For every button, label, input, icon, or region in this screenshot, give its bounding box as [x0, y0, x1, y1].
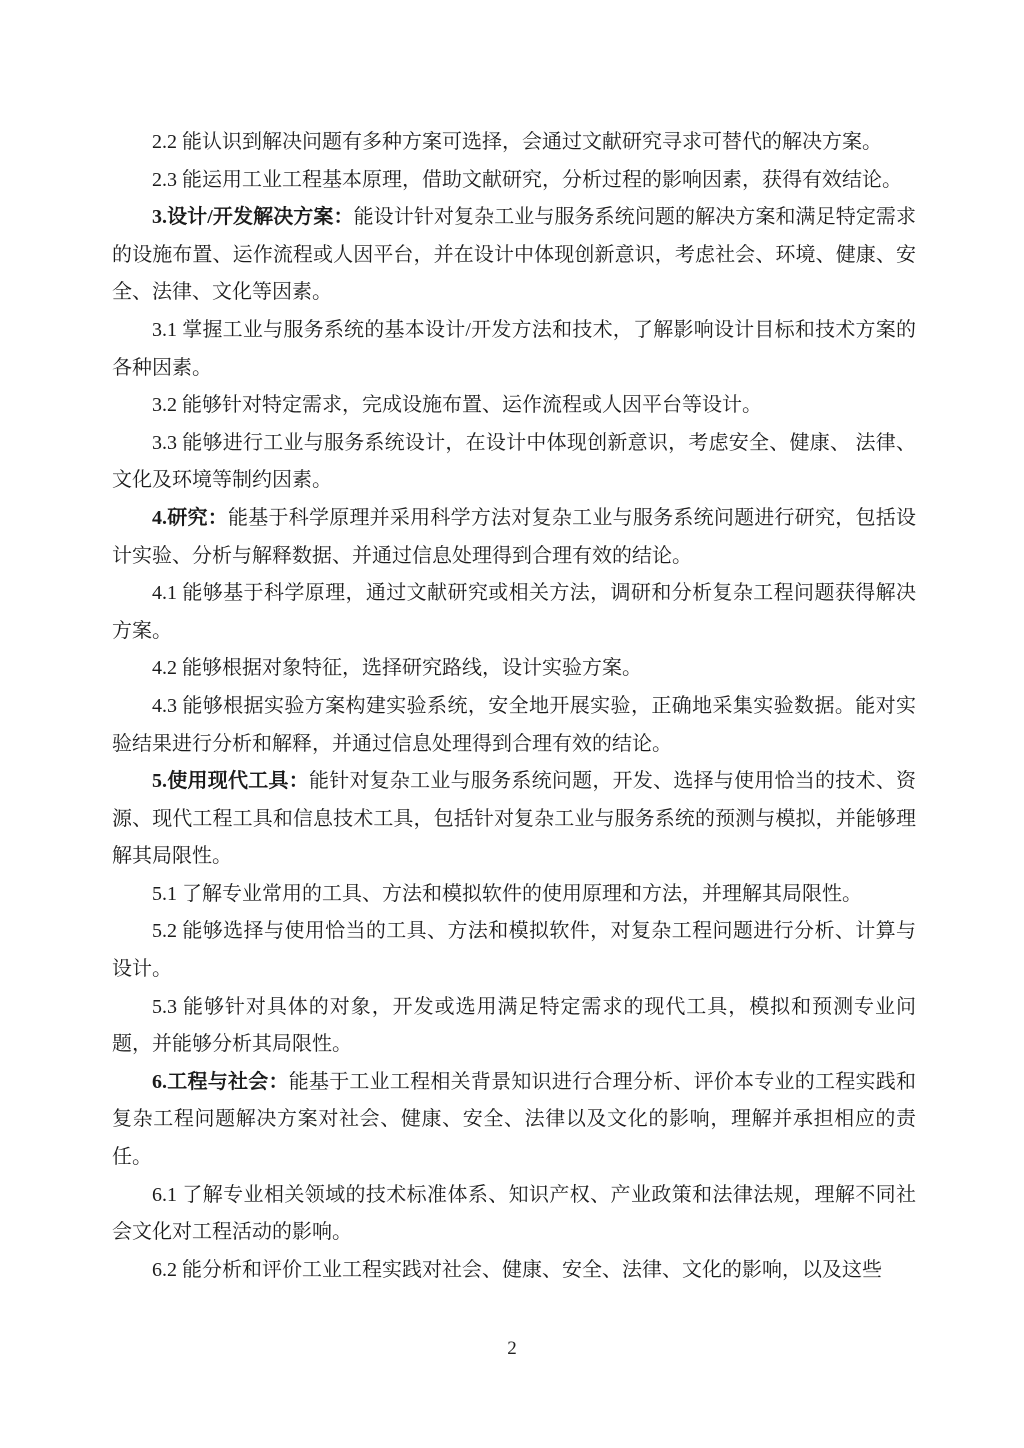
- paragraph-body: 4.1 能够基于科学原理，通过文献研究或相关方法，调研和分析复杂工程问题获得解决…: [112, 582, 916, 642]
- paragraph-lead: 6.工程与社会：: [152, 1071, 289, 1093]
- paragraph: 2.3 能运用工业工程基本原理，借助文献研究，分析过程的影响因素，获得有效结论。: [112, 162, 916, 200]
- paragraph: 5.1 了解专业常用的工具、方法和模拟软件的使用原理和方法，并理解其局限性。: [112, 876, 916, 914]
- paragraph: 3.3 能够进行工业与服务系统设计，在设计中体现创新意识，考虑安全、健康、 法律…: [112, 425, 916, 500]
- paragraph: 6.1 了解专业相关领域的技术标准体系、知识产权、产业政策和法律法规，理解不同社…: [112, 1177, 916, 1252]
- paragraph: 4.1 能够基于科学原理，通过文献研究或相关方法，调研和分析复杂工程问题获得解决…: [112, 575, 916, 650]
- paragraph-body: 6.1 了解专业相关领域的技术标准体系、知识产权、产业政策和法律法规，理解不同社…: [112, 1184, 916, 1244]
- paragraph-body: 3.1 掌握工业与服务系统的基本设计/开发方法和技术，了解影响设计目标和技术方案…: [112, 319, 916, 379]
- paragraph: 4.3 能够根据实验方案构建实验系统，安全地开展实验，正确地采集实验数据。能对实…: [112, 688, 916, 763]
- paragraph-body: 3.3 能够进行工业与服务系统设计，在设计中体现创新意识，考虑安全、健康、 法律…: [112, 432, 916, 492]
- paragraph: 3.1 掌握工业与服务系统的基本设计/开发方法和技术，了解影响设计目标和技术方案…: [112, 312, 916, 387]
- paragraph: 3.设计/开发解决方案：能设计针对复杂工业与服务系统问题的解决方案和满足特定需求…: [112, 199, 916, 312]
- paragraph: 6.工程与社会：能基于工业工程相关背景知识进行合理分析、评价本专业的工程实践和复…: [112, 1064, 916, 1177]
- paragraph: 4.2 能够根据对象特征，选择研究路线，设计实验方案。: [112, 650, 916, 688]
- paragraph-lead: 4.研究：: [152, 507, 228, 529]
- paragraph: 5.3 能够针对具体的对象，开发或选用满足特定需求的现代工具，模拟和预测专业问题…: [112, 989, 916, 1064]
- paragraph-lead: 3.设计/开发解决方案：: [152, 206, 354, 228]
- paragraph-body: 4.2 能够根据对象特征，选择研究路线，设计实验方案。: [152, 657, 642, 679]
- document-body: 2.2 能认识到解决问题有多种方案可选择，会通过文献研究寻求可替代的解决方案。 …: [112, 124, 916, 1289]
- paragraph: 4.研究：能基于科学原理并采用科学方法对复杂工业与服务系统问题进行研究，包括设计…: [112, 500, 916, 575]
- paragraph-body: 3.2 能够针对特定需求，完成设施布置、运作流程或人因平台等设计。: [152, 394, 762, 416]
- paragraph-body: 能基于科学原理并采用科学方法对复杂工业与服务系统问题进行研究，包括设计实验、分析…: [112, 507, 916, 567]
- paragraph-body: 6.2 能分析和评价工业工程实践对社会、健康、安全、法律、文化的影响，以及这些: [152, 1259, 882, 1281]
- page-number: 2: [0, 1338, 1024, 1360]
- paragraph: 5.2 能够选择与使用恰当的工具、方法和模拟软件，对复杂工程问题进行分析、计算与…: [112, 913, 916, 988]
- paragraph-body: 4.3 能够根据实验方案构建实验系统，安全地开展实验，正确地采集实验数据。能对实…: [112, 695, 916, 755]
- paragraph: 6.2 能分析和评价工业工程实践对社会、健康、安全、法律、文化的影响，以及这些: [112, 1252, 916, 1290]
- paragraph-body: 5.1 了解专业常用的工具、方法和模拟软件的使用原理和方法，并理解其局限性。: [152, 883, 862, 905]
- paragraph-body: 2.2 能认识到解决问题有多种方案可选择，会通过文献研究寻求可替代的解决方案。: [152, 131, 882, 153]
- paragraph: 2.2 能认识到解决问题有多种方案可选择，会通过文献研究寻求可替代的解决方案。: [112, 124, 916, 162]
- paragraph: 3.2 能够针对特定需求，完成设施布置、运作流程或人因平台等设计。: [112, 387, 916, 425]
- document-page: 2.2 能认识到解决问题有多种方案可选择，会通过文献研究寻求可替代的解决方案。 …: [0, 0, 1024, 1448]
- paragraph-lead: 5.使用现代工具：: [152, 770, 309, 792]
- paragraph: 5.使用现代工具：能针对复杂工业与服务系统问题，开发、选择与使用恰当的技术、资源…: [112, 763, 916, 876]
- paragraph-body: 5.2 能够选择与使用恰当的工具、方法和模拟软件，对复杂工程问题进行分析、计算与…: [112, 920, 916, 980]
- paragraph-body: 5.3 能够针对具体的对象，开发或选用满足特定需求的现代工具，模拟和预测专业问题…: [112, 996, 916, 1056]
- paragraph-body: 2.3 能运用工业工程基本原理，借助文献研究，分析过程的影响因素，获得有效结论。: [152, 169, 902, 191]
